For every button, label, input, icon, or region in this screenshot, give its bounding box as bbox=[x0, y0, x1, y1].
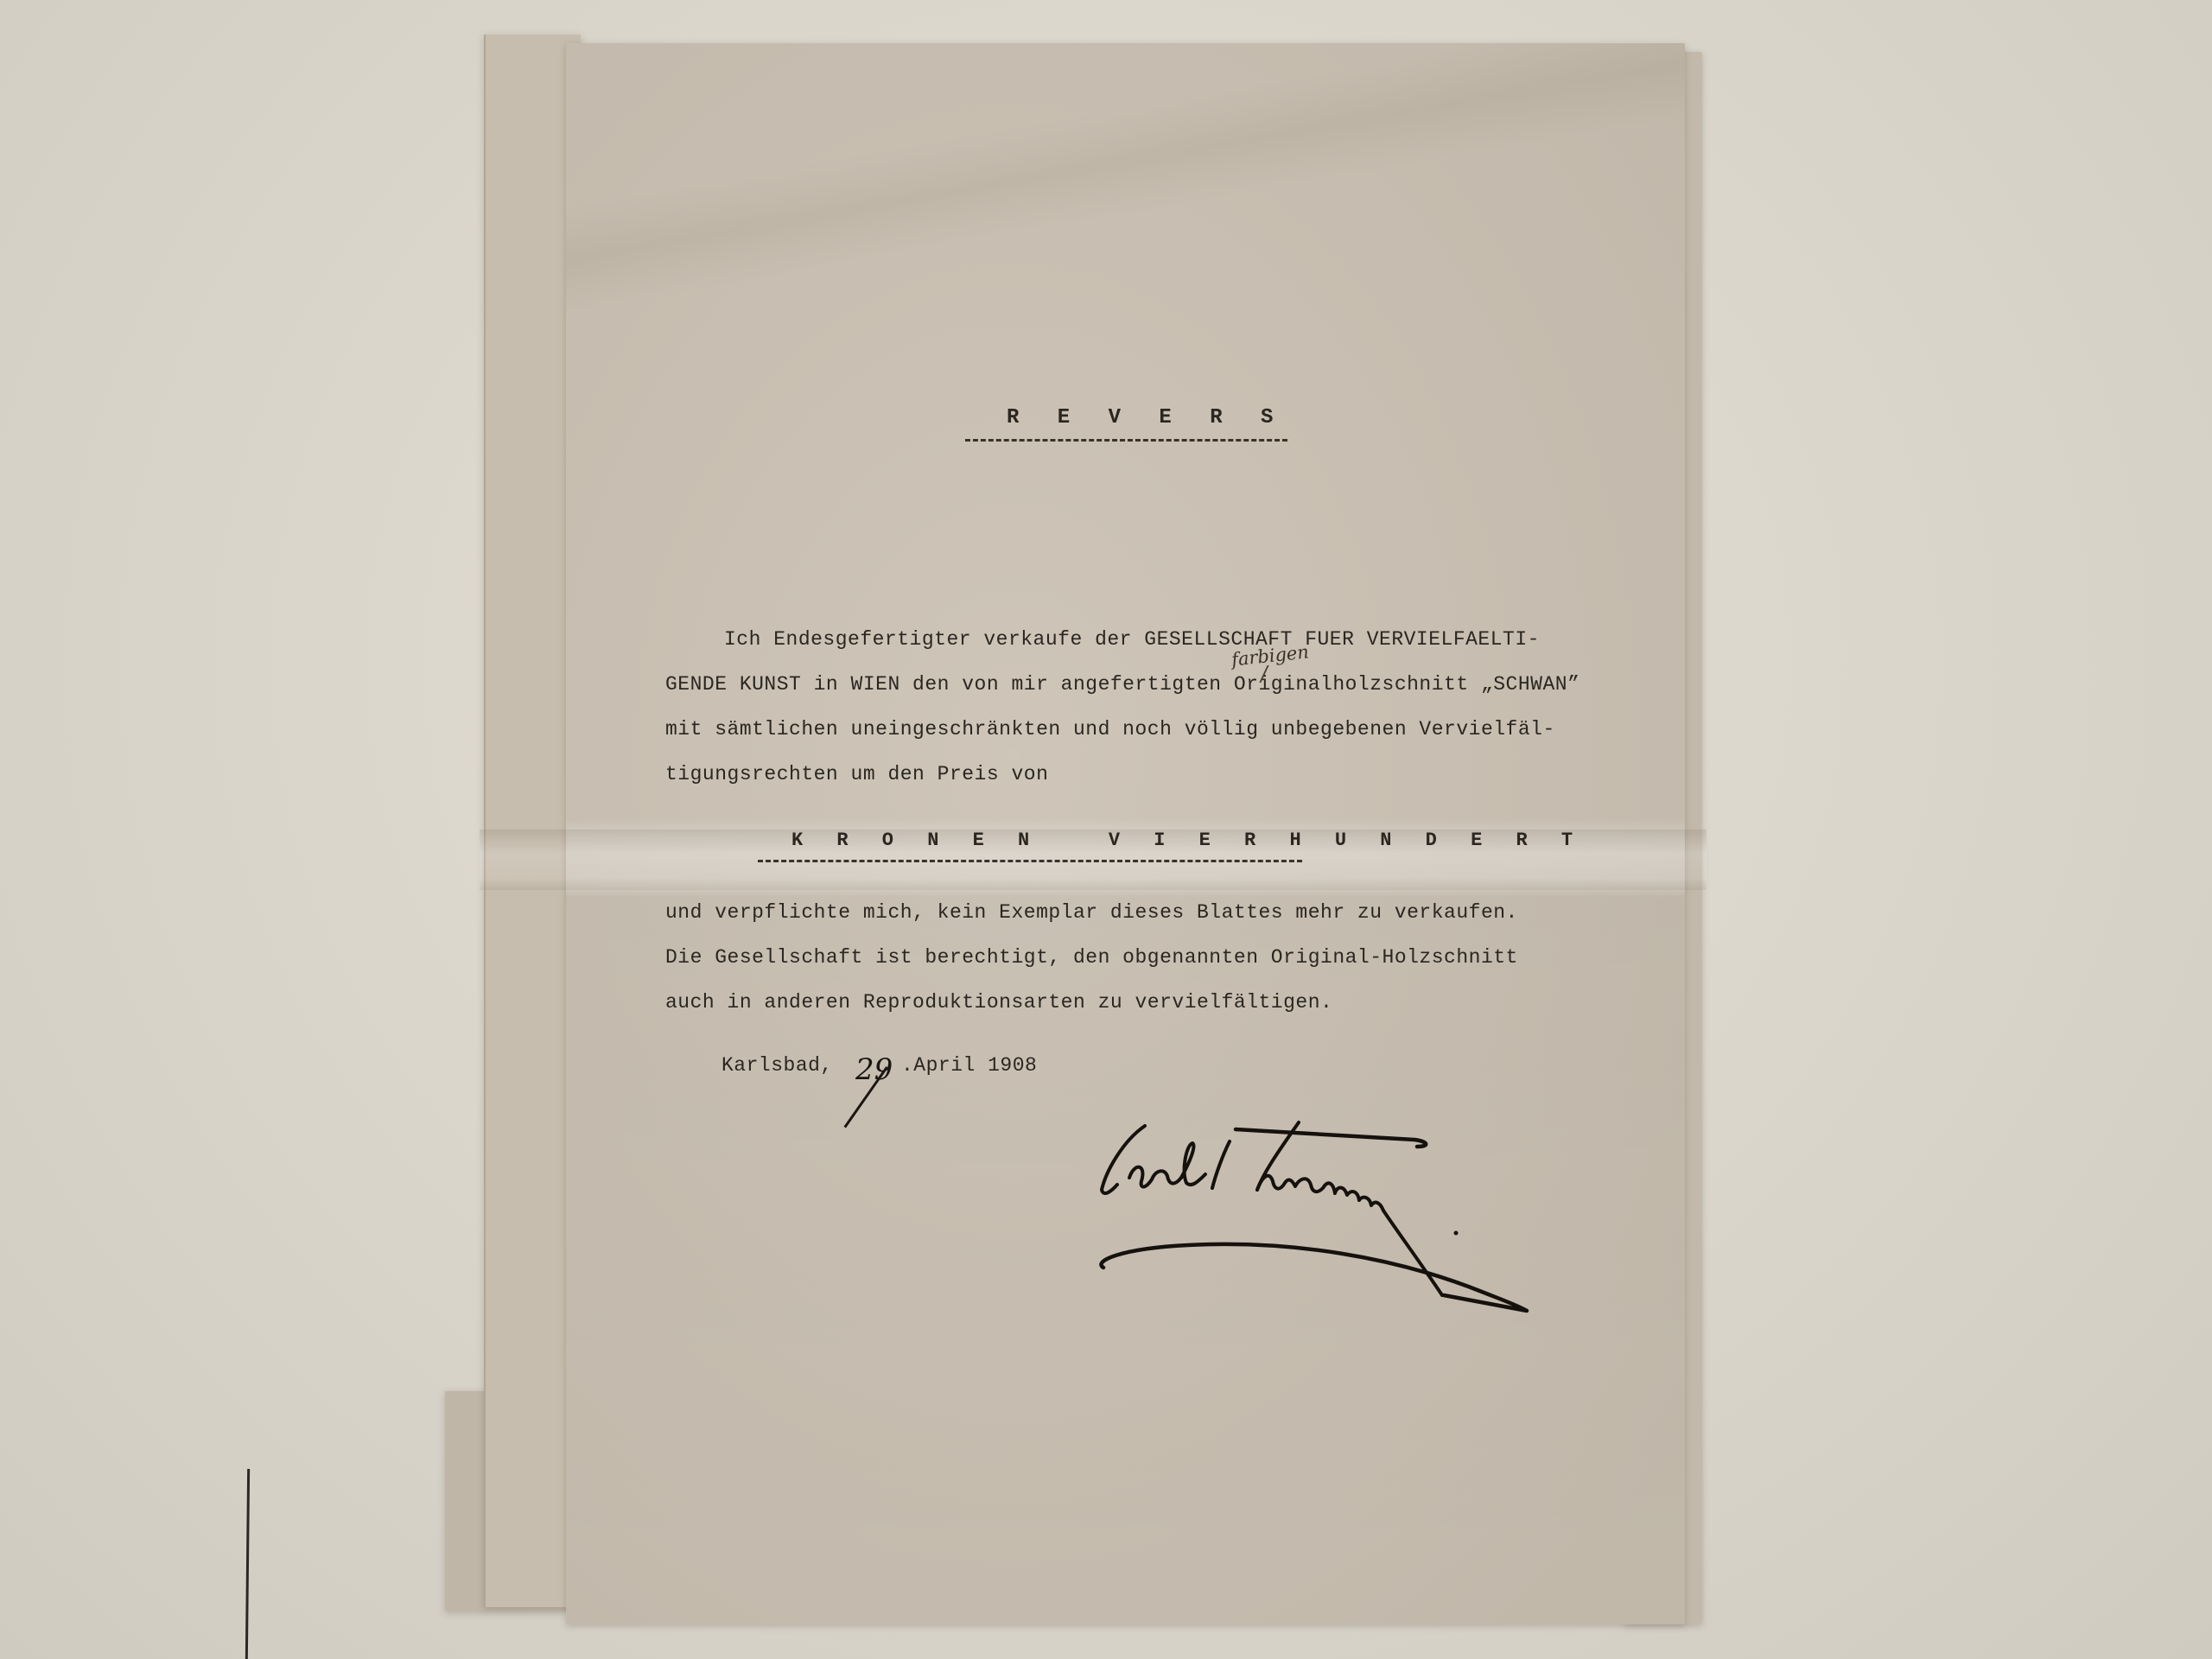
document-title: R E V E R S bbox=[1007, 406, 1286, 429]
paragraph-1-line-1: Ich Endesgefertigter verkaufe der GESELL… bbox=[724, 628, 1540, 651]
month-year: .April 1908 bbox=[901, 1054, 1037, 1077]
paper-crease bbox=[566, 43, 1685, 389]
paragraph-2-line-1: und verpflichte mich, kein Exemplar dies… bbox=[665, 901, 1518, 924]
paragraph-2-line-3: auch in anderen Reproduktionsarten zu ve… bbox=[665, 991, 1332, 1014]
signature: Carl Thiemann bbox=[1084, 1110, 1620, 1318]
paragraph-1-line-3: mit sämtlichen uneingeschränkten und noc… bbox=[665, 718, 1555, 741]
background-mark bbox=[245, 1469, 250, 1659]
paragraph-1-line-2: GENDE KUNST in WIEN den von mir angefert… bbox=[665, 673, 1580, 696]
paragraph-2-line-2: Die Gesellschaft ist berechtigt, den obg… bbox=[665, 946, 1518, 969]
title-underline bbox=[965, 439, 1287, 442]
price-amount: K R O N E N V I E R H U N D E R T bbox=[791, 829, 1584, 851]
paragraph-1-line-4: tigungsrechten um den Preis von bbox=[665, 763, 1048, 785]
place: Karlsbad, bbox=[721, 1054, 833, 1077]
amount-underline bbox=[758, 860, 1302, 862]
